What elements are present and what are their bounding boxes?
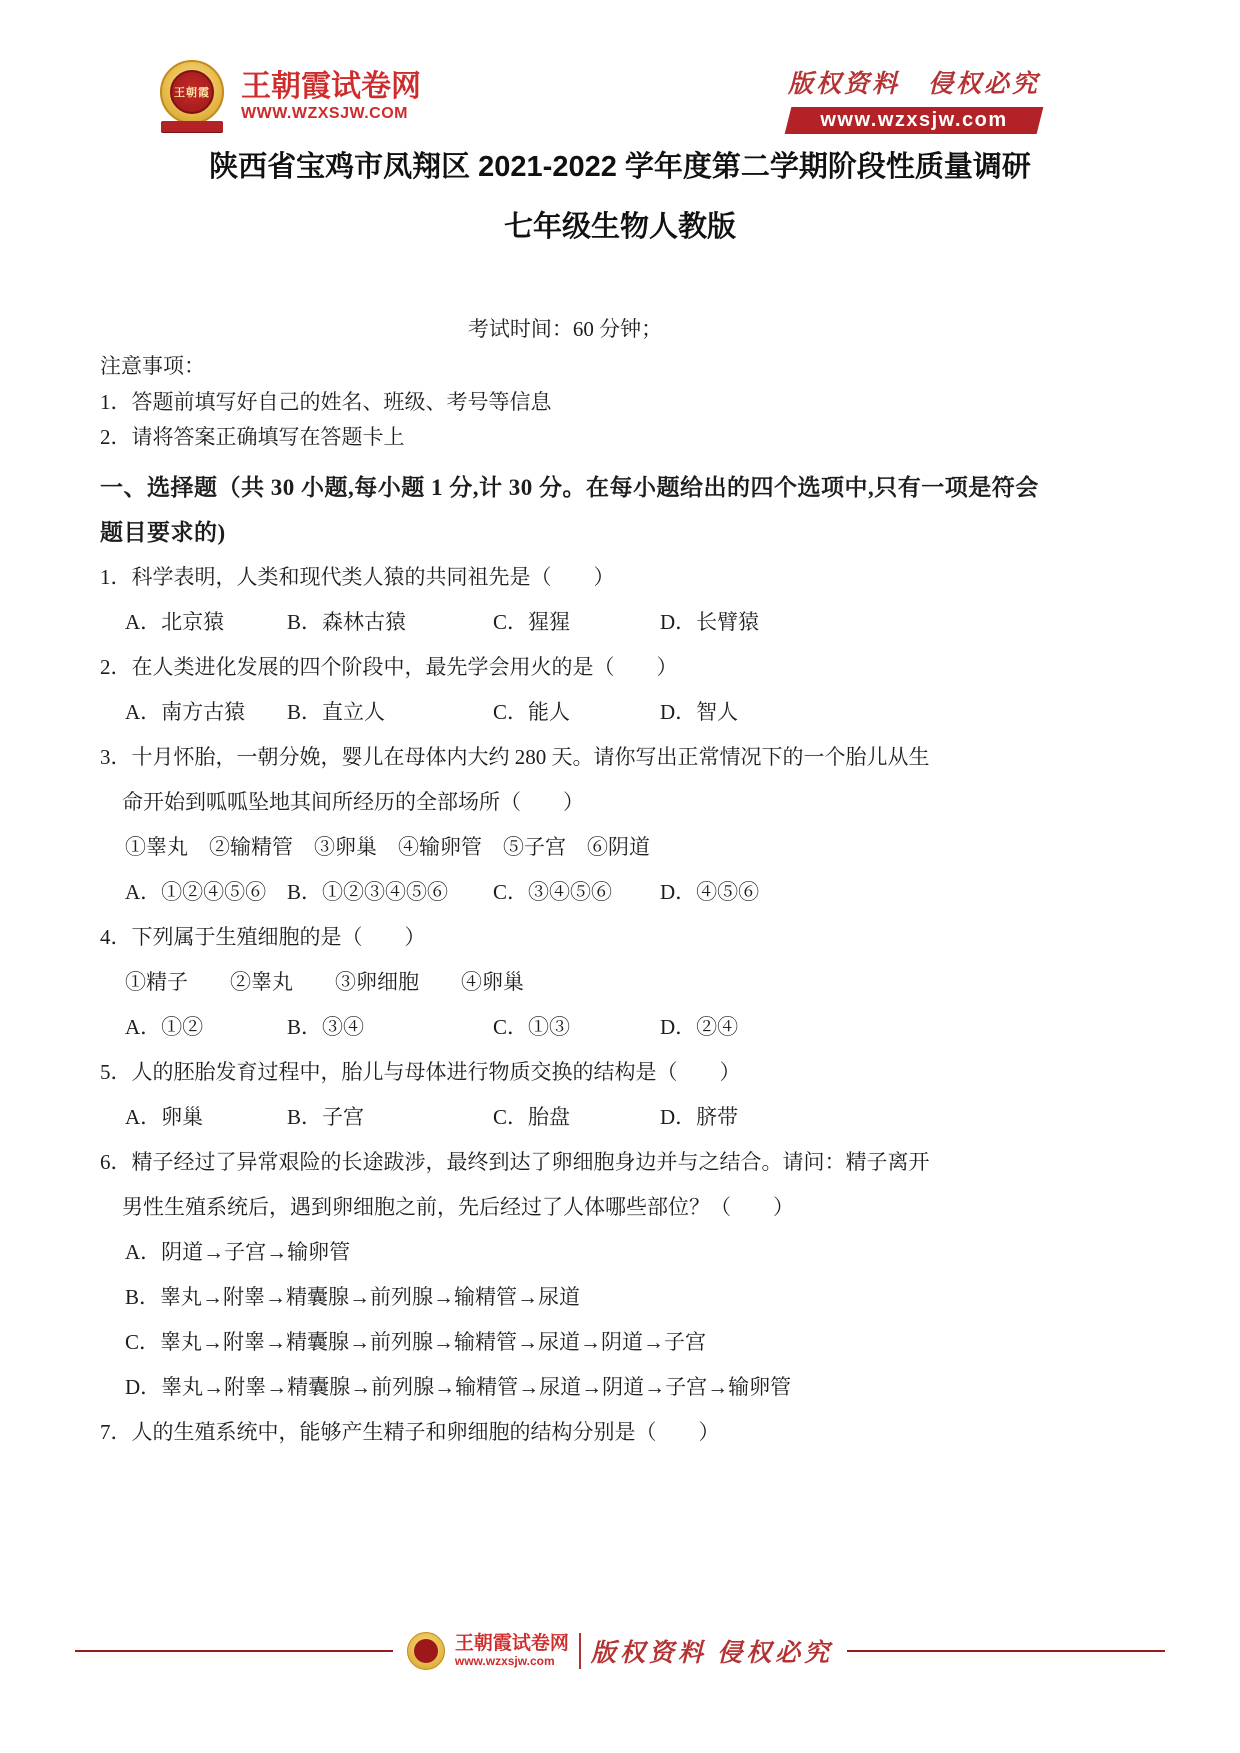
- options-row: A．北京猿 B．森林古猿 C．猩猩 D．长臂猿: [100, 600, 1140, 645]
- option-cell: B．①②③④⑤⑥: [287, 870, 493, 915]
- footer-rule: [75, 1650, 393, 1652]
- footer-rule: [847, 1650, 1165, 1652]
- option-line: B．睾丸→附睾→精囊腺→前列腺→输精管→尿道: [100, 1275, 1140, 1320]
- notice-item: 1．答题前填写好自己的姓名、班级、考号等信息: [100, 388, 1140, 416]
- option-cell: C．胎盘: [493, 1095, 660, 1140]
- option-cell: C．①③: [493, 1005, 660, 1050]
- option-cell: B．子宫: [287, 1095, 493, 1140]
- footer-slogan: 版权资料 侵权必究: [591, 1633, 833, 1669]
- options-row: A．①②④⑤⑥ B．①②③④⑤⑥ C．③④⑤⑥ D．④⑤⑥: [100, 870, 1140, 915]
- footer-divider: [579, 1633, 581, 1669]
- copyright-slogan: 版权资料 侵权必究: [788, 64, 1040, 100]
- url-banner-text: www.wzxsjw.com: [798, 109, 1030, 132]
- option-cell: B．直立人: [287, 690, 493, 735]
- option-cell: D．脐带: [660, 1095, 1140, 1140]
- question-block: 2．在人类进化发展的四个阶段中，最先学会用火的是（ ） A．南方古猿 B．直立人…: [100, 645, 1140, 735]
- option-cell: B．森林古猿: [287, 600, 493, 645]
- section-heading-line: 一、选择题（共 30 小题,每小题 1 分,计 30 分。在每小题给出的四个选项…: [100, 465, 1140, 510]
- brand-logo: 王朝霞 王朝霞试卷网 WWW.WZXSJW.COM: [155, 60, 421, 132]
- exam-content: 陕西省宝鸡市凤翔区 2021-2022 学年度第二学期阶段性质量调研 七年级生物…: [100, 150, 1140, 1455]
- notice-heading: 注意事项：: [100, 351, 1140, 381]
- brand-seal-icon: 王朝霞: [155, 60, 229, 132]
- option-cell: D．长臂猿: [660, 600, 1140, 645]
- question-stem: 5．人的胚胎发育过程中，胎儿与母体进行物质交换的结构是（ ）: [100, 1050, 1140, 1095]
- question-stem-continued: 命开始到呱呱坠地其间所经历的全部场所（ ）: [100, 780, 1140, 825]
- option-cell: D．④⑤⑥: [660, 870, 1140, 915]
- url-banner: www.wzxsjw.com: [785, 107, 1044, 134]
- option-line: A．阴道→子宫→输卵管: [100, 1230, 1140, 1275]
- question-items: ①睾丸 ②输精管 ③卵巢 ④输卵管 ⑤子宫 ⑥阴道: [100, 825, 1140, 870]
- option-cell: D．智人: [660, 690, 1140, 735]
- option-cell: A．①②④⑤⑥: [125, 870, 287, 915]
- footer-seal-icon: [407, 1632, 445, 1670]
- exam-paper-page: 王朝霞 王朝霞试卷网 WWW.WZXSJW.COM 版权资料 侵权必究 www.…: [0, 0, 1240, 1753]
- exam-subtitle: 七年级生物人教版: [100, 210, 1140, 244]
- option-cell: D．②④: [660, 1005, 1140, 1050]
- footer-logo-title: 王朝霞试卷网: [455, 1633, 569, 1655]
- question-stem-continued: 男性生殖系统后，遇到卵细胞之前，先后经过了人体哪些部位？（ ）: [100, 1185, 1140, 1230]
- option-cell: A．南方古猿: [125, 690, 287, 735]
- question-block: 1．科学表明，人类和现代类人猿的共同祖先是（ ） A．北京猿 B．森林古猿 C．…: [100, 555, 1140, 645]
- seal-ribbon: [161, 121, 223, 132]
- option-line: D．睾丸→附睾→精囊腺→前列腺→输精管→尿道→阴道→子宫→输卵管: [100, 1365, 1140, 1410]
- option-cell: A．卵巢: [125, 1095, 287, 1140]
- question-block: 7．人的生殖系统中，能够产生精子和卵细胞的结构分别是（ ）: [100, 1410, 1140, 1455]
- options-row: A．南方古猿 B．直立人 C．能人 D．智人: [100, 690, 1140, 735]
- question-stem: 3．十月怀胎，一朝分娩，婴儿在母体内大约 280 天。请你写出正常情况下的一个胎…: [100, 735, 1140, 780]
- option-line: C．睾丸→附睾→精囊腺→前列腺→输精管→尿道→阴道→子宫: [100, 1320, 1140, 1365]
- option-cell: C．能人: [493, 690, 660, 735]
- exam-title: 陕西省宝鸡市凤翔区 2021-2022 学年度第二学期阶段性质量调研: [100, 150, 1140, 184]
- question-block: 5．人的胚胎发育过程中，胎儿与母体进行物质交换的结构是（ ） A．卵巢 B．子宫…: [100, 1050, 1140, 1140]
- question-block: 4．下列属于生殖细胞的是（ ） ①精子 ②睾丸 ③卵细胞 ④卵巢 A．①② B．…: [100, 915, 1140, 1050]
- question-stem: 6．精子经过了异常艰险的长途跋涉，最终到达了卵细胞身边并与之结合。请问：精子离开: [100, 1140, 1140, 1185]
- section-heading-line: 题目要求的): [100, 510, 1140, 555]
- option-cell: C．猩猩: [493, 600, 660, 645]
- exam-time: 考试时间：60 分钟；: [45, 316, 1085, 342]
- question-stem: 4．下列属于生殖细胞的是（ ）: [100, 915, 1140, 960]
- question-items: ①精子 ②睾丸 ③卵细胞 ④卵巢: [100, 960, 1140, 1005]
- option-cell: B．③④: [287, 1005, 493, 1050]
- section-heading: 一、选择题（共 30 小题,每小题 1 分,计 30 分。在每小题给出的四个选项…: [100, 465, 1140, 555]
- question-block: 6．精子经过了异常艰险的长途跋涉，最终到达了卵细胞身边并与之结合。请问：精子离开…: [100, 1140, 1140, 1410]
- options-row: A．卵巢 B．子宫 C．胎盘 D．脐带: [100, 1095, 1140, 1140]
- option-cell: A．北京猿: [125, 600, 287, 645]
- logo-title: 王朝霞试卷网: [241, 71, 421, 103]
- page-footer: 王朝霞试卷网 www.wzxsjw.com 版权资料 侵权必究: [0, 1632, 1240, 1670]
- question-stem: 2．在人类进化发展的四个阶段中，最先学会用火的是（ ）: [100, 645, 1140, 690]
- options-row: A．①② B．③④ C．①③ D．②④: [100, 1005, 1140, 1050]
- question-stem: 7．人的生殖系统中，能够产生精子和卵细胞的结构分别是（ ）: [100, 1410, 1140, 1455]
- option-cell: C．③④⑤⑥: [493, 870, 660, 915]
- page-header: 王朝霞 王朝霞试卷网 WWW.WZXSJW.COM 版权资料 侵权必究 www.…: [155, 60, 1040, 134]
- question-stem: 1．科学表明，人类和现代类人猿的共同祖先是（ ）: [100, 555, 1140, 600]
- footer-logo-url: www.wzxsjw.com: [455, 1655, 569, 1669]
- notice-item: 2．请将答案正确填写在答题卡上: [100, 423, 1140, 451]
- question-block: 3．十月怀胎，一朝分娩，婴儿在母体内大约 280 天。请你写出正常情况下的一个胎…: [100, 735, 1140, 915]
- seal-text: 王朝霞: [170, 70, 214, 114]
- logo-url: WWW.WZXSJW.COM: [241, 105, 421, 123]
- option-cell: A．①②: [125, 1005, 287, 1050]
